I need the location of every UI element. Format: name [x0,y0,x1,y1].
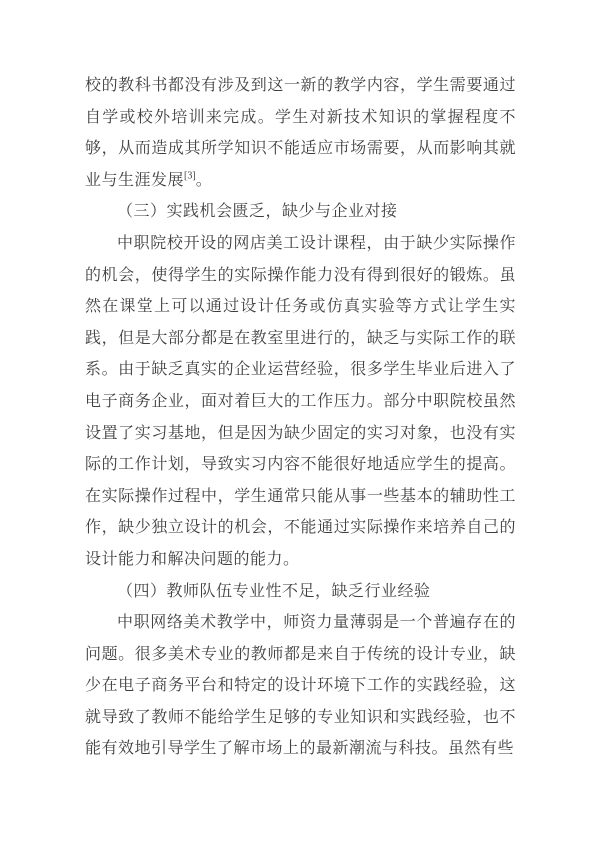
footnote-reference: [3] [184,170,196,181]
paragraph-text: 。 [196,172,213,189]
document-page: 校的教科书都没有涉及到这一新的教学内容，学生需要通过自学或校外培训来完成。学生对… [0,0,600,848]
section-heading-4: （四）教师队伍专业性不足，缺乏行业经验 [85,576,516,608]
paragraph-continuation: 校的教科书都没有涉及到这一新的教学内容，学生需要通过自学或校外培训来完成。学生对… [85,70,516,196]
paragraph-text: 校的教科书都没有涉及到这一新的教学内容，学生需要通过自学或校外培训来完成。学生对… [85,77,516,189]
paragraph: 中职网络美术教学中，师资力量薄弱是一个普遍存在的问题。很多美术专业的教师都是来自… [85,607,516,765]
paragraph: 中职院校开设的网店美工设计课程，由于缺少实际操作的机会，使得学生的实际操作能力没… [85,228,516,576]
section-heading-3: （三）实践机会匮乏，缺少与企业对接 [85,196,516,228]
